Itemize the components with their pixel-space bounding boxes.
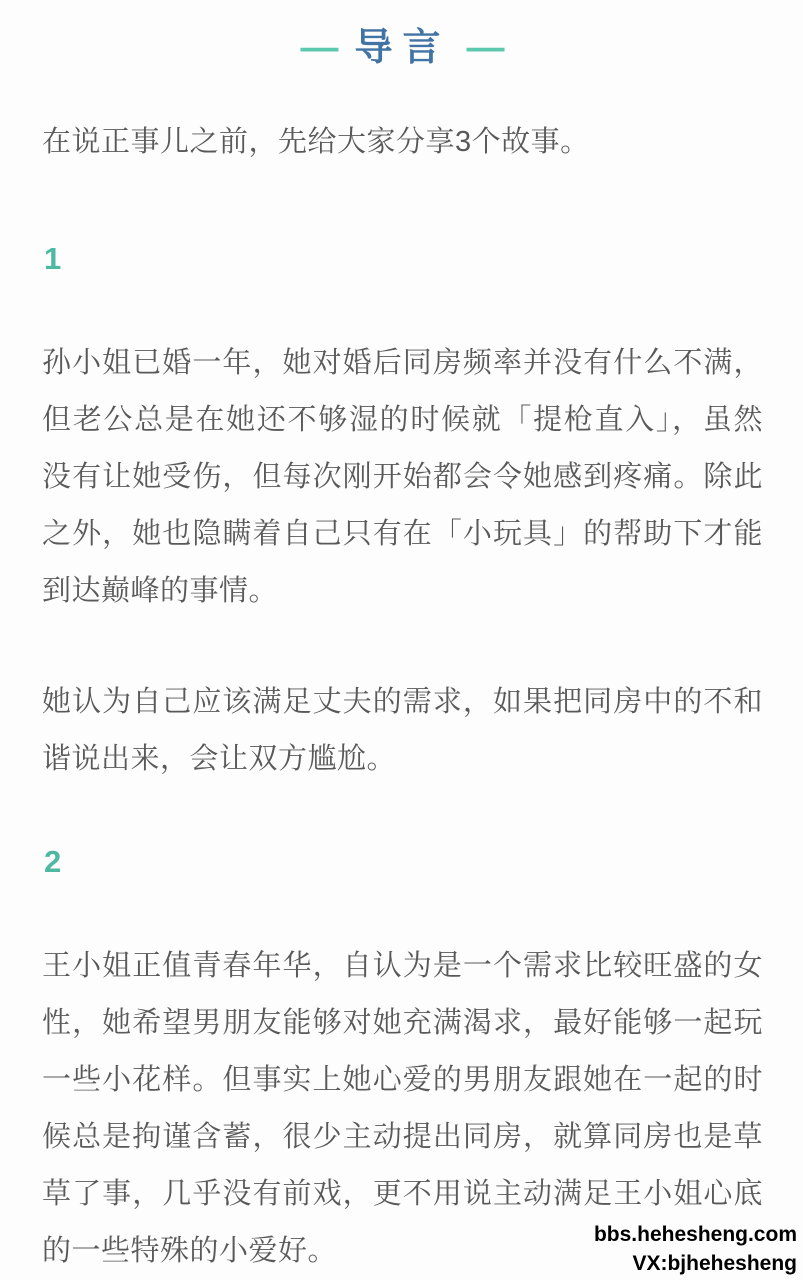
- intro-paragraph: 在说正事儿之前，先给大家分享3个故事。: [42, 114, 763, 171]
- title-dash-left-icon: —: [300, 27, 338, 69]
- title-dash-right-icon: —: [467, 27, 505, 69]
- article-body: —导言— 在说正事儿之前，先给大家分享3个故事。 1 孙小姐已婚一年，她对婚后同…: [0, 0, 803, 1280]
- page-title-text: 导言: [354, 27, 450, 69]
- watermark-wechat: VX:bjhehesheng: [594, 1249, 797, 1278]
- page-title: —导言—: [42, 24, 763, 72]
- watermark-site: bbs.hehesheng.com: [594, 1220, 797, 1249]
- section-number-1: 1: [44, 239, 763, 279]
- section-1-paragraph-1: 孙小姐已婚一年，她对婚后同房频率并没有什么不满，但老公总是在她还不够湿的时候就「…: [42, 335, 763, 620]
- section-number-2: 2: [44, 842, 763, 882]
- watermark: bbs.hehesheng.com VX:bjhehesheng: [594, 1220, 797, 1278]
- section-1-paragraph-2: 她认为自己应该满足丈夫的需求，如果把同房中的不和谐说出来，会让双方尴尬。: [42, 674, 763, 788]
